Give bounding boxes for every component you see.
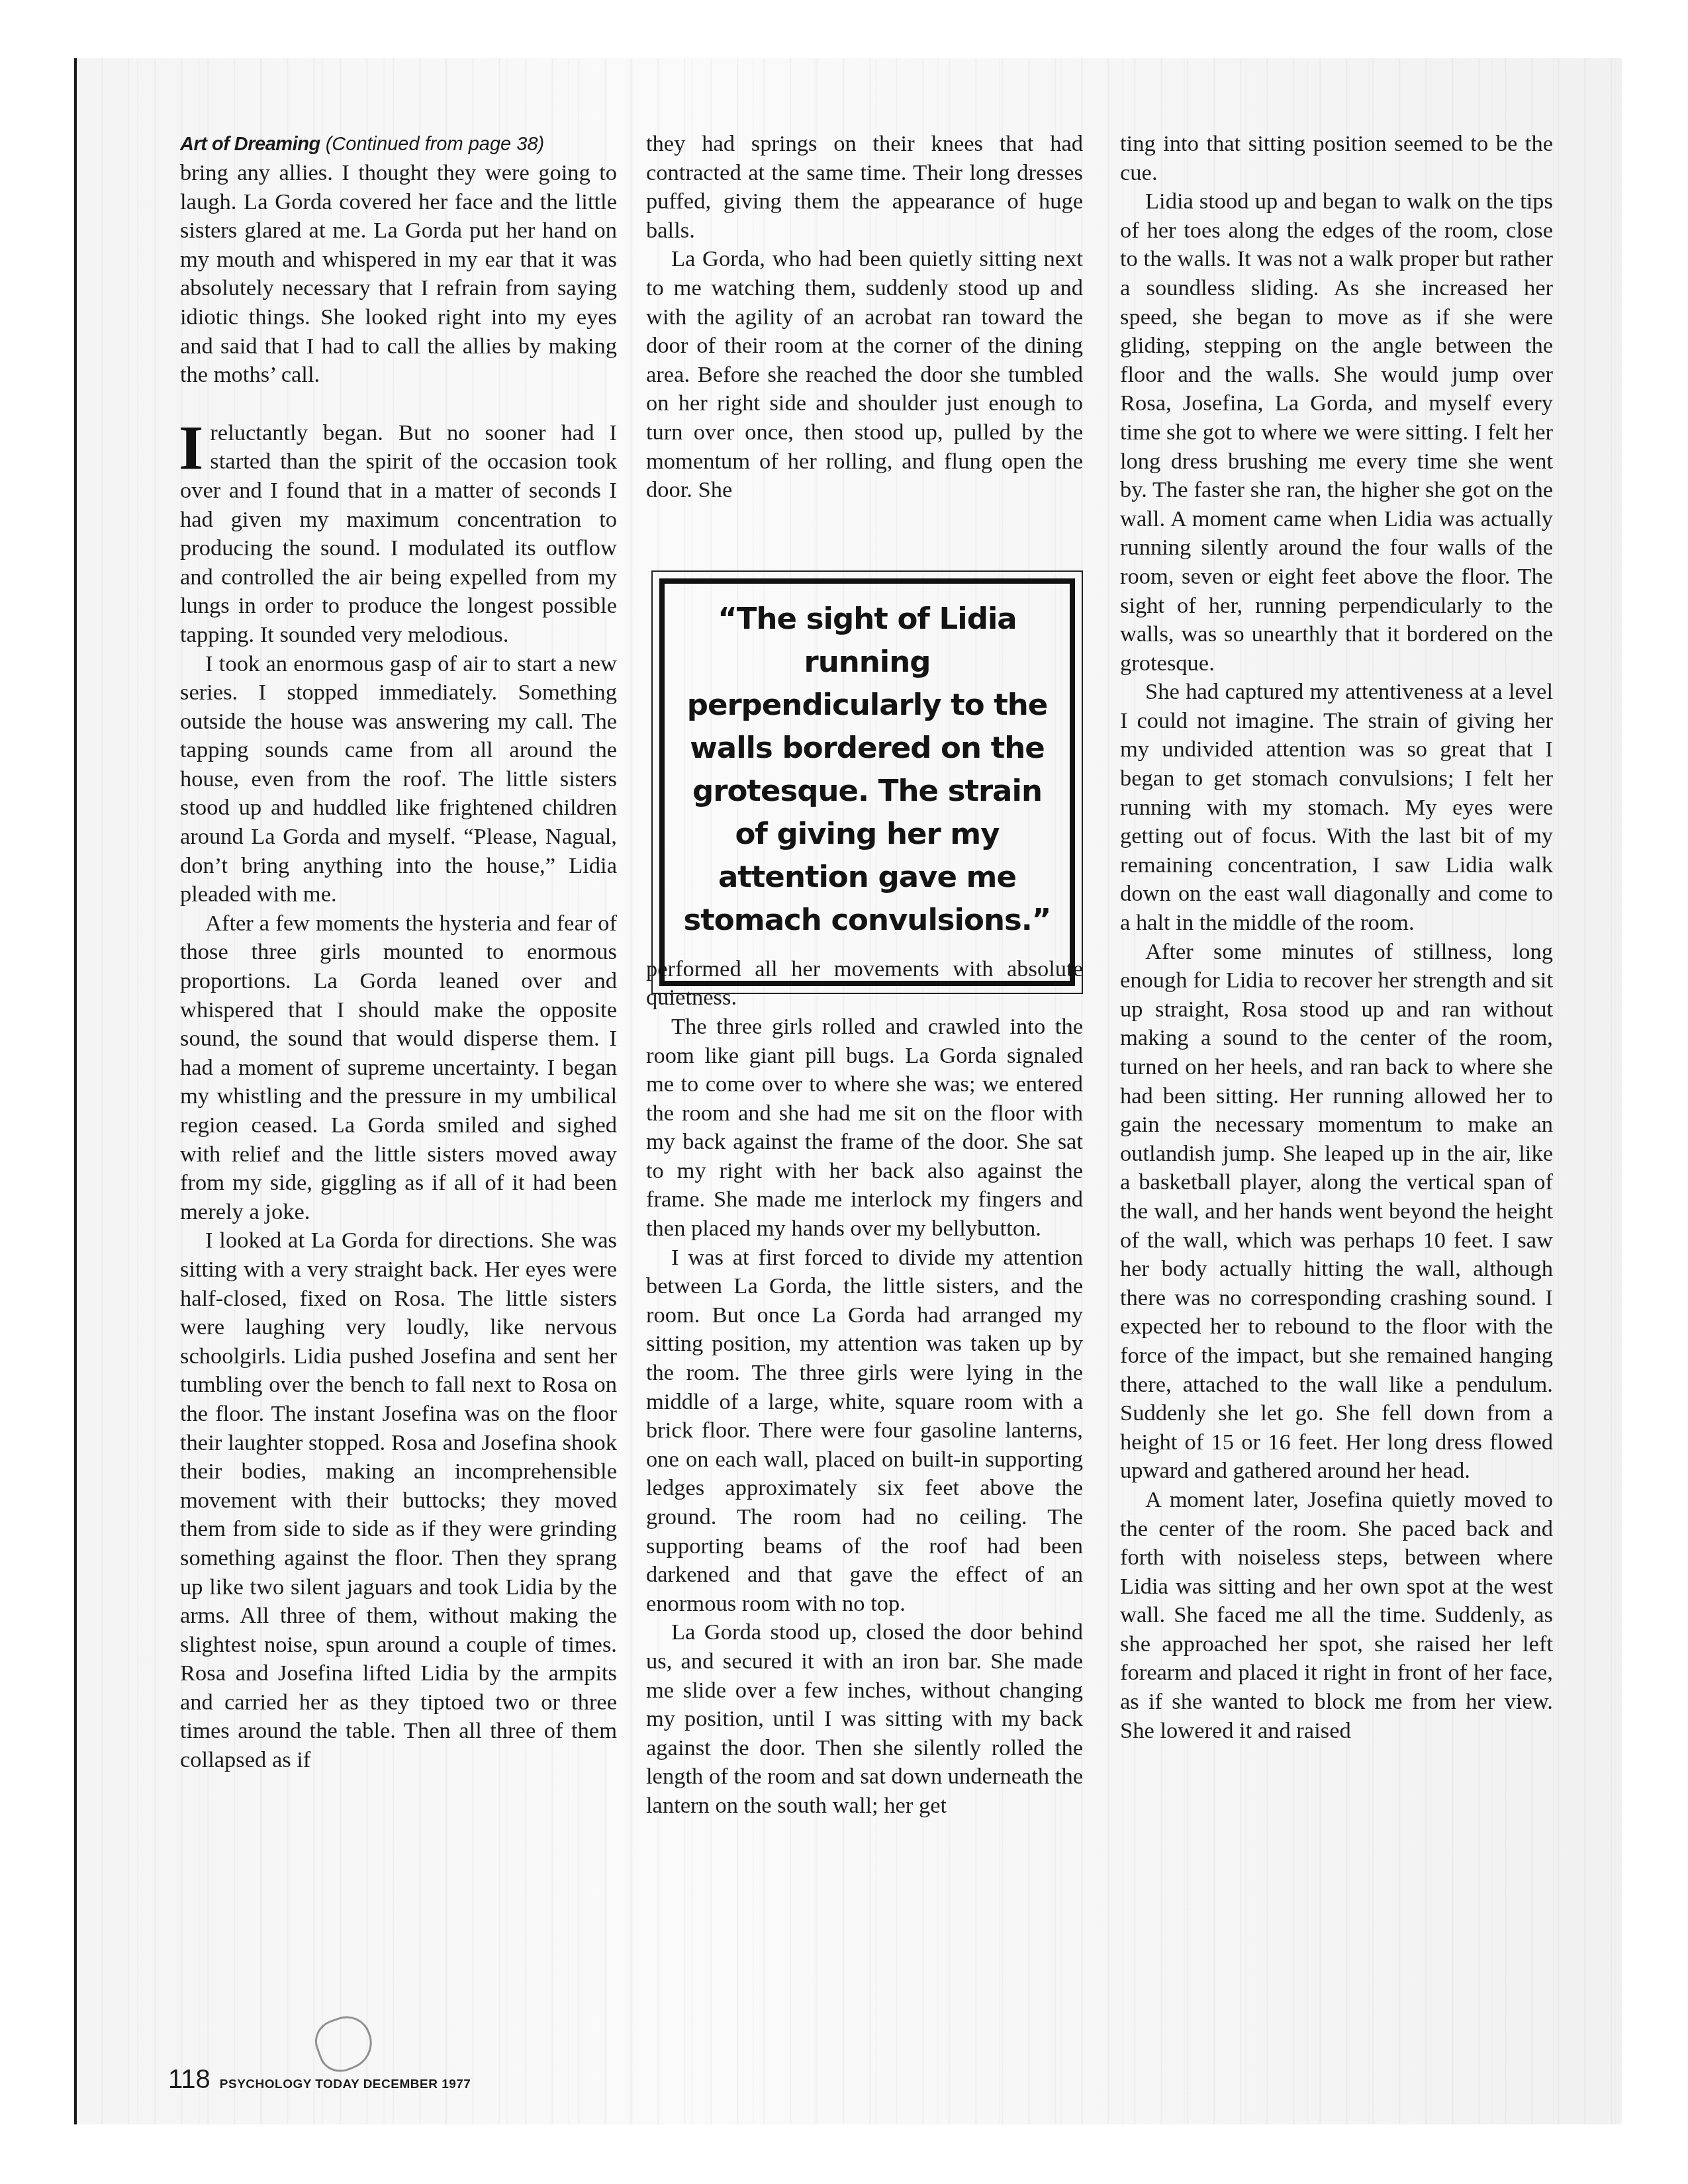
paragraph: bring any allies. I thought they were go…	[180, 159, 617, 390]
paragraph-dropcap: Ireluctantly began. But no sooner had I …	[180, 419, 617, 650]
column-right: ting into that sitting position seemed t…	[1120, 130, 1553, 1745]
pull-quote-frame: “The sight of Lidia running perpendicula…	[659, 578, 1075, 986]
paragraph: I looked at La Gorda for directions. She…	[180, 1226, 617, 1774]
paragraph: ting into that sitting position seemed t…	[1120, 130, 1553, 187]
page-footer: 118 PSYCHOLOGY TODAY DECEMBER 1977	[168, 2065, 471, 2095]
paragraph: Lidia stood up and began to walk on the …	[1120, 187, 1553, 678]
article-kicker: Art of Dreaming (Continued from page 38)	[180, 130, 617, 159]
article-title: Art of Dreaming	[180, 134, 320, 155]
paragraph: After some minutes of stillness, long en…	[1120, 938, 1553, 1486]
drop-cap: I	[179, 423, 203, 473]
paragraph: She had captured my attentiveness at a l…	[1120, 678, 1553, 937]
paragraph: they had springs on their knees that had…	[646, 130, 1083, 245]
paragraph: After a few moments the hysteria and fea…	[180, 909, 617, 1227]
paragraph: La Gorda, who had been quietly sit­ting …	[646, 245, 1083, 504]
running-footer: PSYCHOLOGY TODAY DECEMBER 1977	[220, 2077, 471, 2092]
pull-quote-text: “The sight of Lidia running perpendicula…	[665, 597, 1070, 941]
pull-quote-box: “The sight of Lidia running perpendicula…	[651, 570, 1083, 994]
paragraph: The three girls rolled and crawled into …	[646, 1013, 1083, 1244]
page-number: 118	[168, 2065, 211, 2095]
paragraph: La Gorda stood up, closed the door be­hi…	[646, 1618, 1083, 1820]
continued-from-note: (Continued from page 38)	[326, 134, 544, 155]
paragraph: A moment later, Josefina quietly moved t…	[1120, 1486, 1553, 1745]
column-left: Art of Dreaming (Continued from page 38)…	[180, 130, 617, 1775]
paragraph: I was at first forced to divide my at­te…	[646, 1244, 1083, 1619]
paragraph: I took an enormous gasp of air to start …	[180, 650, 617, 909]
paragraph-text: reluctantly began. But no sooner had I s…	[180, 420, 617, 647]
